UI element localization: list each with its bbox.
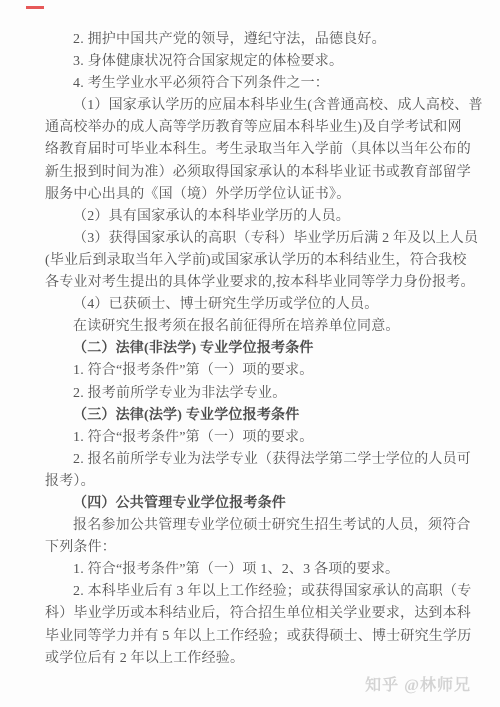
document-line: 1. 符合“报考条件”第（一）项的要求。: [45, 427, 458, 449]
document-line: 2. 报考前所学专业为非法学专业。: [45, 383, 458, 405]
document-line: 3. 身体健康状况符合国家规定的体检要求。: [45, 51, 458, 73]
section-heading: （四）公共管理专业学位报考条件: [45, 493, 458, 515]
document-line: 在读研究生报考须在报名前征得所在培养单位同意。: [45, 316, 458, 338]
document-line: （1）国家承认学历的应届本科毕业生(含普通高校、成人高校、普: [45, 95, 458, 117]
red-underline-mark: [26, 6, 44, 9]
document-line: 2. 报名前所学专业为法学专业（获得法学第二学士学位的人员可: [45, 449, 458, 471]
document-line: 下列条件：: [45, 537, 458, 559]
document-line: 1. 符合“报考条件”第（一）项的要求。: [45, 360, 458, 382]
document-body: 2. 拥护中国共产党的领导，遵纪守法，品德良好。3. 身体健康状况符合国家规定的…: [45, 29, 458, 670]
document-line: 络教育届时可毕业本科生。考生录取当年入学前（具体以当年公布的: [45, 139, 458, 161]
document-line: 新生报到时间为准）必须取得国家承认的本科毕业证书或教育部留学: [45, 162, 458, 184]
document-line: （3）获得国家承认的高职（专科）毕业学历后满 2 年及以上人员: [45, 228, 458, 250]
document-line: 毕业同等学力并有 5 年以上工作经验；或获得硕士、博士研究生学历: [45, 626, 458, 648]
document-line: （2）具有国家承认的本科毕业学历的人员。: [45, 206, 458, 228]
zhihu-watermark: 知乎 @林师兄: [365, 672, 471, 695]
section-heading: （二）法律(非法学) 专业学位报考条件: [45, 338, 458, 360]
watermark-text: 知乎 @林师兄: [365, 677, 471, 694]
section-heading: （三）法律(法学) 专业学位报考条件: [45, 405, 458, 427]
document-line: 2. 拥护中国共产党的领导，遵纪守法，品德良好。: [45, 29, 458, 51]
document-line: 科）毕业学历或本科结业后，符合招生单位相关学业要求，达到本科: [45, 603, 458, 625]
document-line: 或学位后有 2 年以上工作经验。: [45, 648, 458, 670]
document-line: （4）已获硕士、博士研究生学历或学位的人员。: [45, 294, 458, 316]
document-line: 1. 符合“报考条件”第（一）项 1、2、3 各项的要求。: [45, 559, 458, 581]
document-line: 报考）。: [45, 471, 458, 493]
document-line: 报名参加公共管理专业学位硕士研究生招生考试的人员，须符合: [45, 515, 458, 537]
document-page: 2. 拥护中国共产党的领导，遵纪守法，品德良好。3. 身体健康状况符合国家规定的…: [0, 0, 500, 707]
document-line: 服务中心出具的《国（境）外学历学位认证书》。: [45, 184, 458, 206]
document-line: (毕业后到录取当年入学前)或国家承认学历的本科结业生，符合我校: [45, 250, 458, 272]
document-line: 各专业对考生提出的具体学业要求的,按本科毕业同等学力身份报考。: [45, 272, 458, 294]
document-line: 2. 本科毕业后有 3 年以上工作经验；或获得国家承认的高职（专: [45, 581, 458, 603]
document-line: 4. 考生学业水平必须符合下列条件之一：: [45, 73, 458, 95]
document-line: 通高校举办的成人高等学历教育等应届本科毕业生)及自学考试和网: [45, 117, 458, 139]
